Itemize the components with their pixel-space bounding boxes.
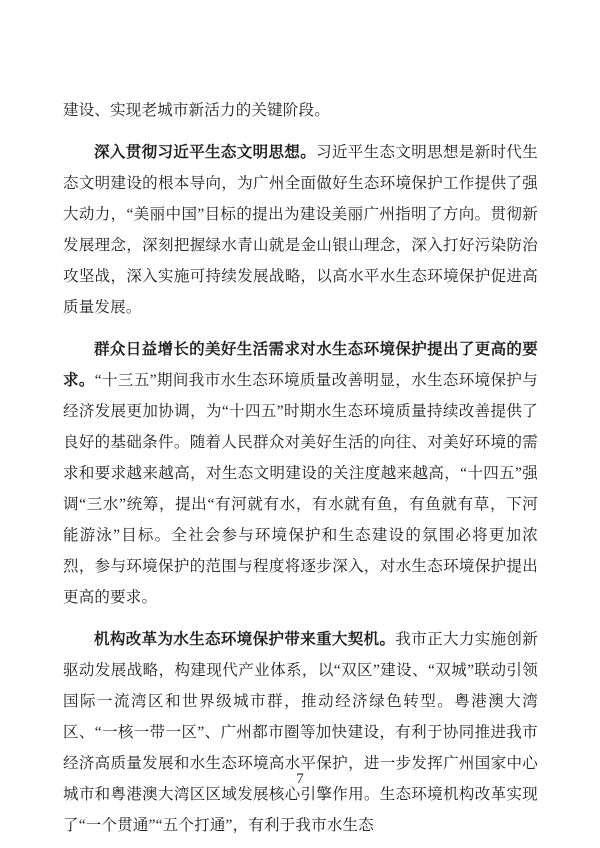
- paragraph-lead: 机构改革为水生态环境保护带来重大契机。: [94, 631, 395, 648]
- paragraph: 机构改革为水生态环境保护带来重大契机。我市正大力实施创新驱动发展战略，构建现代产…: [63, 624, 538, 841]
- paragraph-text: 我市正大力实施创新驱动发展战略，构建现代产业体系，以“双区”建设、“双城”联动引…: [63, 631, 538, 834]
- page-content: 建设、实现老城市新活力的关键阶段。 深入贯彻习近平生态文明思想。习近平生态文明思…: [63, 95, 538, 841]
- document-page: 建设、实现老城市新活力的关键阶段。 深入贯彻习近平生态文明思想。习近平生态文明思…: [0, 0, 600, 848]
- paragraph: 建设、实现老城市新活力的关键阶段。: [63, 95, 538, 126]
- paragraph-text: “十三五”期间我市水生态环境质量改善明显，水生态环境保护与经济发展更加协调，为“…: [63, 372, 538, 606]
- paragraph-lead: 深入贯彻习近平生态文明思想。: [94, 144, 316, 161]
- paragraph: 深入贯彻习近平生态文明思想。习近平生态文明思想是新时代生态文明建设的根本导向，为…: [63, 137, 538, 323]
- paragraph-text: 习近平生态文明思想是新时代生态文明建设的根本导向，为广州全面做好生态环境保护工作…: [63, 144, 538, 316]
- page-number: 7: [0, 771, 600, 788]
- paragraph-text: 建设、实现老城市新活力的关键阶段。: [63, 102, 330, 119]
- paragraph: 群众日益增长的美好生活需求对水生态环境保护提出了更高的要求。“十三五”期间我市水…: [63, 334, 538, 613]
